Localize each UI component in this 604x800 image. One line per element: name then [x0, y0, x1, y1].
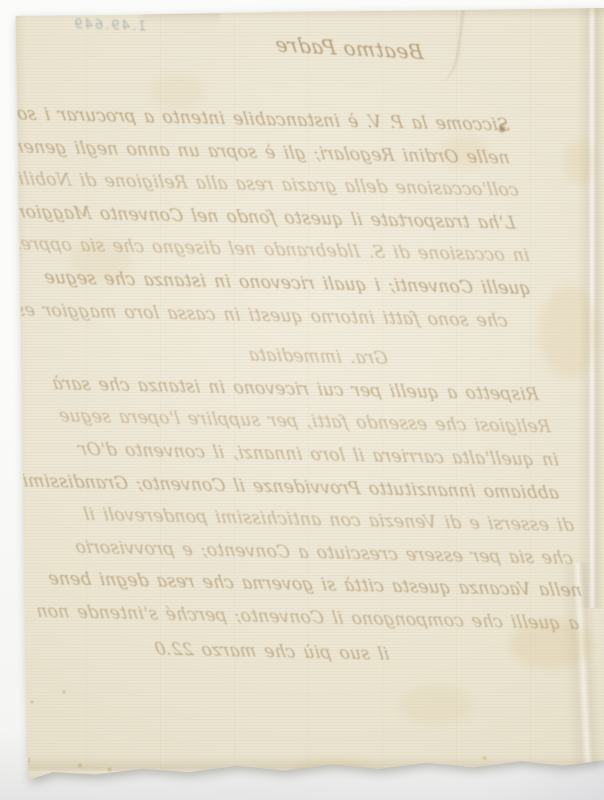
age-stain	[564, 140, 596, 184]
pencil-inscription: 1.49.649	[56, 16, 147, 47]
text-line: nelle Ordini Regolari; gli è sopra un an…	[33, 131, 512, 174]
wrinkle-top-left	[140, 8, 220, 24]
foxing-spot	[20, 647, 26, 653]
fold-crease-right	[578, 8, 604, 608]
manuscript-page: 1.49.649 Beatmo Padre Siccome la P. V. è…	[12, 8, 604, 790]
bleedthrough-body: Siccome la P. V. è instancabile intento …	[28, 98, 604, 675]
age-stain	[440, 136, 488, 168]
text-line: quelli Conventi; i quali ricevono in ist…	[53, 262, 533, 305]
fold-crease-right-lower	[558, 562, 603, 783]
text-line-short: Gra. immediata	[64, 335, 390, 375]
heading-bleedthrough: Beatmo Padre	[273, 32, 426, 64]
text-line: coll'occasione della grazia resa alla Re…	[38, 164, 521, 208]
closing-line: il suo più che marzo 22.0	[110, 632, 392, 671]
ink-blot	[498, 125, 506, 133]
age-stain	[400, 686, 472, 724]
foxing-spot	[62, 690, 66, 694]
foxing-spot	[77, 763, 83, 768]
text-line: in quell'alta carriera il loro innanzi, …	[79, 434, 561, 478]
text-line: Siccome la P. V. è instancabile intento …	[28, 98, 512, 142]
foxing-spot	[30, 700, 34, 704]
age-stain	[540, 286, 598, 378]
text-line: di essersi e di Venezia con antichissimi…	[89, 499, 576, 543]
foxing-spot	[23, 757, 31, 764]
age-stain	[510, 620, 592, 668]
foxing-spot	[267, 782, 273, 787]
text-line: abbiamo innanzitutto Provvidenze il Conv…	[84, 466, 561, 509]
age-stain	[150, 74, 204, 110]
text-line: Religiosi che essendo fatti, per supplir…	[74, 401, 553, 444]
manuscript-paper-wrap: 1.49.649 Beatmo Padre Siccome la P. V. è…	[12, 8, 604, 790]
text-line: nella Vacanza questa città si governa ch…	[99, 564, 584, 608]
age-stain	[70, 240, 132, 282]
foxing-spot	[17, 727, 23, 733]
text-line: che sia per essere cresciuto a Convento;…	[94, 532, 575, 576]
foxing-spot	[107, 767, 112, 772]
wrinkle-top-center	[426, 6, 465, 81]
text-line: a quelli che compongono il Convento; per…	[104, 597, 581, 640]
scan-background: 1.49.649 Beatmo Padre Siccome la P. V. è…	[0, 0, 604, 800]
text-line: in occasione di S. Ildebrando nel disegn…	[48, 229, 532, 273]
text-line: che sono fatti intorno questi in cassa l…	[58, 295, 510, 338]
text-line: L'ha trasportate il questo fondo nel Con…	[43, 197, 518, 240]
foxing-spot	[482, 756, 487, 760]
bottom-edge-shading	[26, 756, 604, 770]
foxing-spot	[357, 776, 362, 780]
text-line: Rispetto a quelli per cui ricevono in is…	[69, 368, 541, 411]
age-stain	[294, 760, 368, 780]
